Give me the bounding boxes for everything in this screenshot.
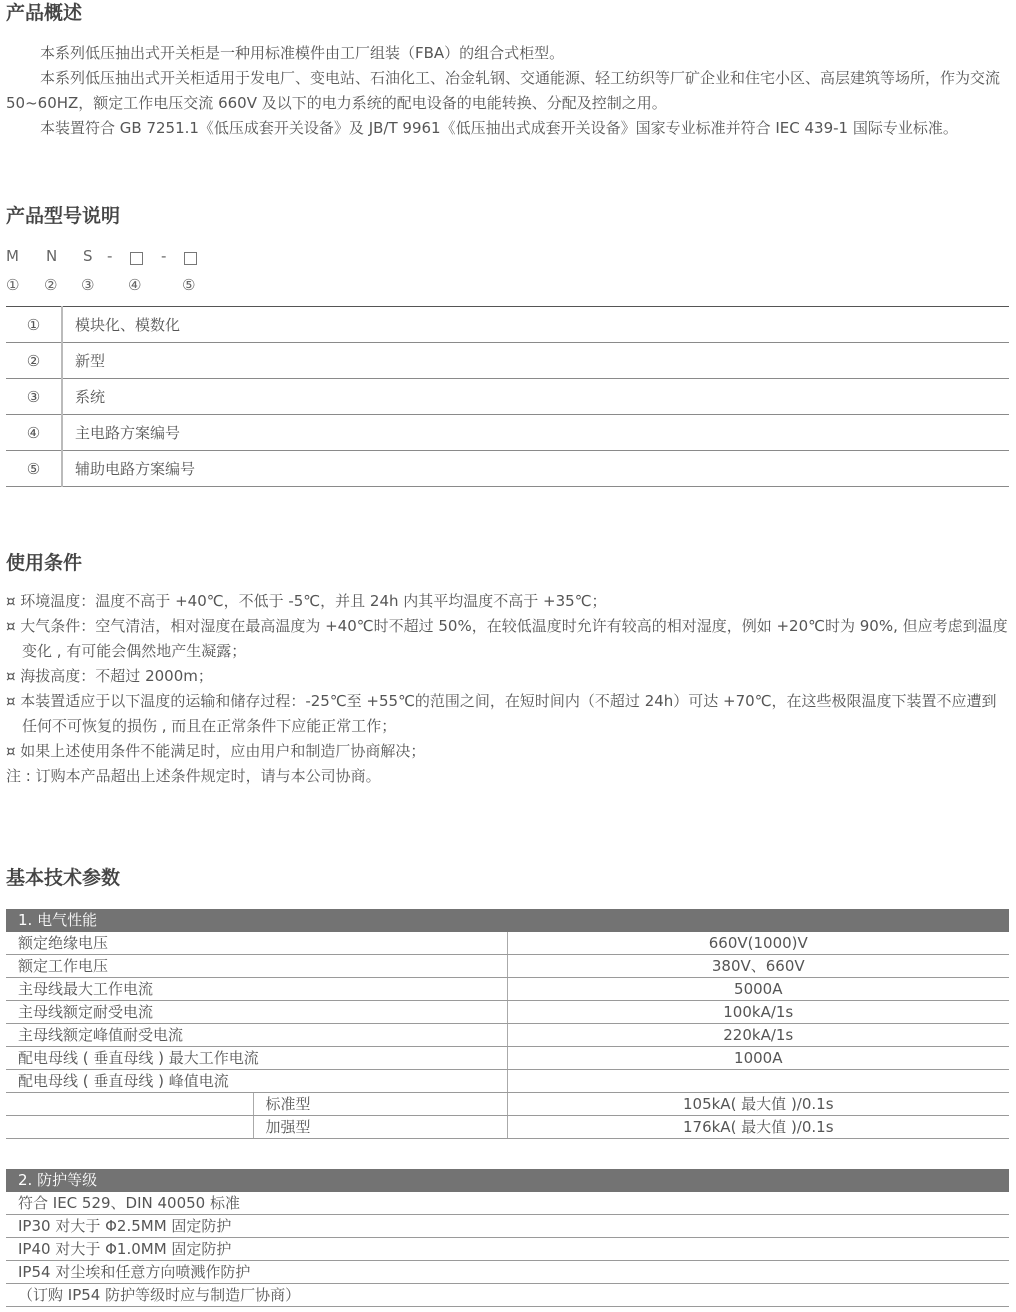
param-subtype: 加强型 [253, 1116, 507, 1139]
table-row: IP54 对尘埃和任意方向喷溅作防护 [6, 1261, 1009, 1284]
code-box-5 [184, 247, 197, 269]
code-number: ③ [81, 276, 94, 294]
code-dash: - [107, 247, 112, 265]
tech-title: 基本技术参数 [6, 866, 120, 890]
param-value: 660V(1000)V [507, 932, 1009, 955]
square-icon [184, 252, 197, 265]
param-label: 主母线额定耐受电流 [6, 1001, 507, 1024]
param-value [507, 1070, 1009, 1093]
param-value: 100kA/1s [507, 1001, 1009, 1024]
table-row: 标准型 105kA( 最大值 )/0.1s [6, 1093, 1009, 1116]
param-label: 额定工作电压 [6, 955, 507, 978]
table-row: 主母线最大工作电流 5000A [6, 978, 1009, 1001]
electrical-table: 1. 电气性能 额定绝缘电压 660V(1000)V 额定工作电压 380V、6… [6, 909, 1009, 1139]
condition-item: ¤ 大气条件：空气清洁，相对湿度在最高温度为 +40℃时不超过 50%，在较低温… [6, 614, 1011, 664]
code-letter-s: S [83, 247, 93, 265]
table-row: 额定工作电压 380V、660V [6, 955, 1009, 978]
code-number: ① [6, 276, 19, 294]
table-row: ② 新型 [6, 343, 1009, 379]
table-row: ① 模块化、模数化 [6, 307, 1009, 343]
empty-cell [6, 1093, 253, 1116]
protection-item: IP30 对大于 Φ2.5MM 固定防护 [6, 1215, 1009, 1238]
row-number: ② [6, 343, 62, 379]
table-row: IP30 对大于 Φ2.5MM 固定防护 [6, 1215, 1009, 1238]
table-row: IP40 对大于 Φ1.0MM 固定防护 [6, 1238, 1009, 1261]
condition-item: ¤ 本装置适应于以下温度的运输和储存过程：-25℃至 +55℃的范围之间，在短时… [6, 689, 1011, 739]
param-label: 配电母线 ( 垂直母线 ) 最大工作电流 [6, 1047, 507, 1070]
param-value: 1000A [507, 1047, 1009, 1070]
code-number: ④ [128, 276, 141, 294]
param-value: 176kA( 最大值 )/0.1s [507, 1116, 1009, 1139]
overview-paragraph: 本系列低压抽出式开关柜适用于发电厂、变电站、石油化工、冶金轧钢、交通能源、轻工纺… [6, 66, 1011, 116]
code-letter-m: M [6, 247, 19, 265]
table-row: ⑤ 辅助电路方案编号 [6, 451, 1009, 487]
table-row: ④ 主电路方案编号 [6, 415, 1009, 451]
empty-cell [6, 1116, 253, 1139]
protection-item: IP54 对尘埃和任意方向喷溅作防护 [6, 1261, 1009, 1284]
overview-text: 本系列低压抽出式开关柜是一种用标准模件由工厂组装（FBA）的组合式柜型。 本系列… [6, 41, 1011, 141]
code-dash: - [161, 247, 166, 265]
conditions-list: ¤ 环境温度：温度不高于 +40℃，不低于 -5℃，并且 24h 内其平均温度不… [6, 589, 1011, 789]
param-label: 主母线额定峰值耐受电流 [6, 1024, 507, 1047]
table-row: 配电母线 ( 垂直母线 ) 峰值电流 [6, 1070, 1009, 1093]
param-value: 380V、660V [507, 955, 1009, 978]
table-header: 1. 电气性能 [6, 909, 1009, 932]
table-header: 2. 防护等级 [6, 1169, 1009, 1192]
table-row: 符合 IEC 529、DIN 40050 标准 [6, 1192, 1009, 1215]
row-description: 模块化、模数化 [62, 307, 1009, 343]
electrical-header: 1. 电气性能 [6, 909, 1009, 932]
param-value: 105kA( 最大值 )/0.1s [507, 1093, 1009, 1116]
row-number: ① [6, 307, 62, 343]
row-description: 新型 [62, 343, 1009, 379]
table-row: 配电母线 ( 垂直母线 ) 最大工作电流 1000A [6, 1047, 1009, 1070]
model-title: 产品型号说明 [6, 204, 120, 228]
conditions-title: 使用条件 [6, 551, 82, 575]
table-row: （订购 IP54 防护等级时应与制造厂协商） [6, 1284, 1009, 1307]
code-number: ② [44, 276, 57, 294]
param-value: 5000A [507, 978, 1009, 1001]
row-number: ③ [6, 379, 62, 415]
protection-table: 2. 防护等级 符合 IEC 529、DIN 40050 标准 IP30 对大于… [6, 1169, 1009, 1307]
param-label: 配电母线 ( 垂直母线 ) 峰值电流 [6, 1070, 507, 1093]
param-label: 主母线最大工作电流 [6, 978, 507, 1001]
model-table: ① 模块化、模数化 ② 新型 ③ 系统 ④ 主电路方案编号 ⑤ 辅助电路方案编号 [6, 306, 1009, 487]
protection-item: 符合 IEC 529、DIN 40050 标准 [6, 1192, 1009, 1215]
param-label: 额定绝缘电压 [6, 932, 507, 955]
row-description: 主电路方案编号 [62, 415, 1009, 451]
overview-title: 产品概述 [6, 1, 82, 25]
row-number: ⑤ [6, 451, 62, 487]
table-row: 加强型 176kA( 最大值 )/0.1s [6, 1116, 1009, 1139]
code-letter-n: N [46, 247, 57, 265]
overview-paragraph: 本装置符合 GB 7251.1《低压成套开关设备》及 JB/T 9961《低压抽… [6, 116, 1011, 141]
protection-header: 2. 防护等级 [6, 1169, 1009, 1192]
condition-item: ¤ 如果上述使用条件不能满足时，应由用户和制造厂协商解决； [6, 739, 1011, 764]
protection-item: IP40 对大于 Φ1.0MM 固定防护 [6, 1238, 1009, 1261]
overview-paragraph: 本系列低压抽出式开关柜是一种用标准模件由工厂组装（FBA）的组合式柜型。 [6, 41, 1011, 66]
param-subtype: 标准型 [253, 1093, 507, 1116]
param-value: 220kA/1s [507, 1024, 1009, 1047]
table-row: ③ 系统 [6, 379, 1009, 415]
row-description: 辅助电路方案编号 [62, 451, 1009, 487]
table-row: 主母线额定耐受电流 100kA/1s [6, 1001, 1009, 1024]
square-icon [130, 252, 143, 265]
row-description: 系统 [62, 379, 1009, 415]
row-number: ④ [6, 415, 62, 451]
table-row: 主母线额定峰值耐受电流 220kA/1s [6, 1024, 1009, 1047]
condition-item: ¤ 环境温度：温度不高于 +40℃，不低于 -5℃，并且 24h 内其平均温度不… [6, 589, 1011, 614]
conditions-note: 注 : 订购本产品超出上述条件规定时，请与本公司协商。 [6, 764, 1011, 789]
table-row: 额定绝缘电压 660V(1000)V [6, 932, 1009, 955]
condition-item: ¤ 海拔高度：不超过 2000m； [6, 664, 1011, 689]
protection-item: （订购 IP54 防护等级时应与制造厂协商） [6, 1284, 1009, 1307]
code-box-4 [130, 247, 143, 269]
code-number: ⑤ [182, 276, 195, 294]
